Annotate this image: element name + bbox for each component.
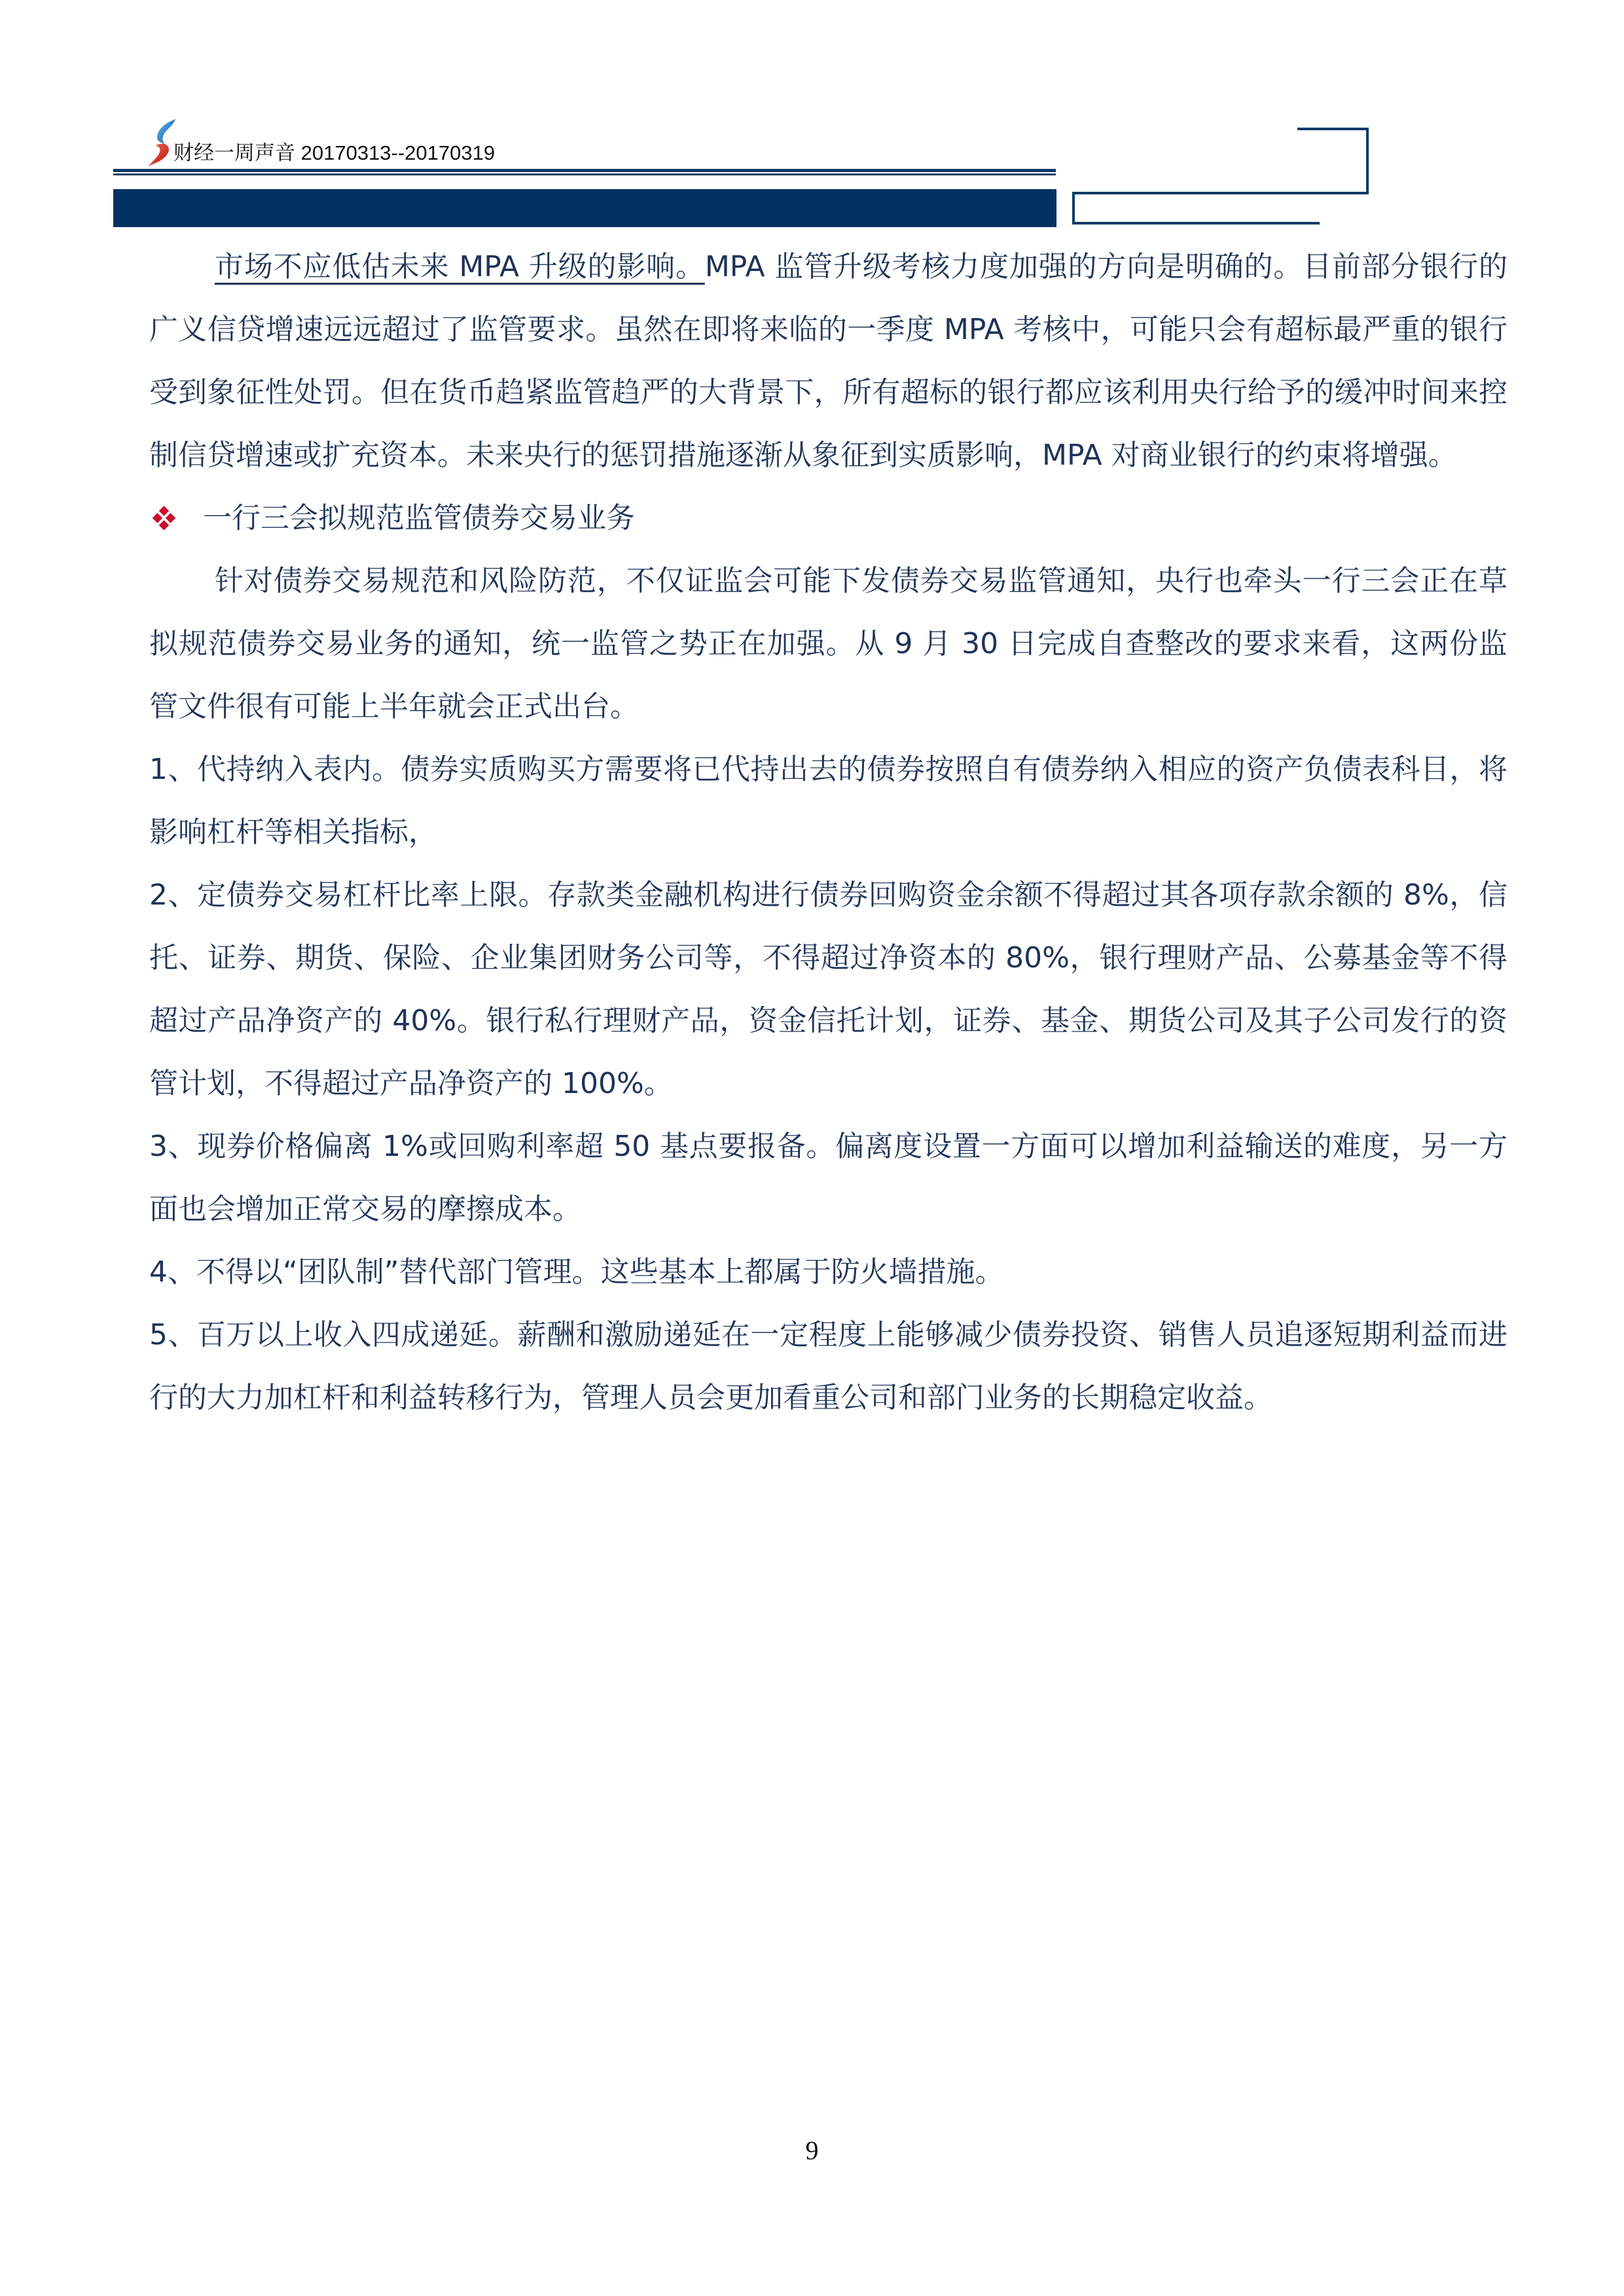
page-number: 9 xyxy=(0,2135,1624,2166)
underlined-lead-sentence: 市场不应低估未来 MPA 升级的影响。 xyxy=(215,250,705,283)
list-item: 5、百万以上收入四成递延。薪酬和激励递延在一定程度上能够减少债券投资、销售人员追… xyxy=(149,1304,1507,1429)
list-item: 1、代持纳入表内。债券实质购买方需要将已代持出去的债券按照自有债券纳入相应的资产… xyxy=(149,738,1507,864)
section-title: 一行三会拟规范监管债券交易业务 xyxy=(203,487,635,550)
list-item: 4、不得以“团队制”替代部门管理。这些基本上都属于防火墙措施。 xyxy=(149,1241,1507,1304)
report-header-title: 财经一周声音 20170313--20170319 xyxy=(173,136,495,166)
intro-paragraph: 市场不应低估未来 MPA 升级的影响。MPA 监管升级考核力度加强的方向是明确的… xyxy=(149,236,1507,487)
decorative-frame-line xyxy=(1072,222,1320,224)
list-item: 3、现券价格偏离 1%或回购利率超 50 基点要报备。偏离度设置一方面可以增加利… xyxy=(149,1115,1507,1241)
decorative-frame-line xyxy=(1366,128,1369,194)
decorative-frame-line xyxy=(1072,192,1075,224)
header-rule xyxy=(113,173,1056,175)
list-item: 2、定债券交易杠杆比率上限。存款类金融机构进行债券回购资金余额不得超过其各项存款… xyxy=(149,864,1507,1115)
document-body: 市场不应低估未来 MPA 升级的影响。MPA 监管升级考核力度加强的方向是明确的… xyxy=(149,236,1507,1429)
section-lead-paragraph: 针对债券交易规范和风险防范，不仅证监会可能下发债券交易监管通知，央行也牵头一行三… xyxy=(149,550,1507,738)
section-heading: 一行三会拟规范监管债券交易业务 xyxy=(149,487,1507,550)
decorative-frame-line xyxy=(1297,128,1369,130)
header-banner-bar xyxy=(113,189,1056,227)
header-rule xyxy=(113,169,1056,172)
red-diamond-cluster-icon xyxy=(152,506,177,531)
decorative-frame-line xyxy=(1072,192,1369,194)
